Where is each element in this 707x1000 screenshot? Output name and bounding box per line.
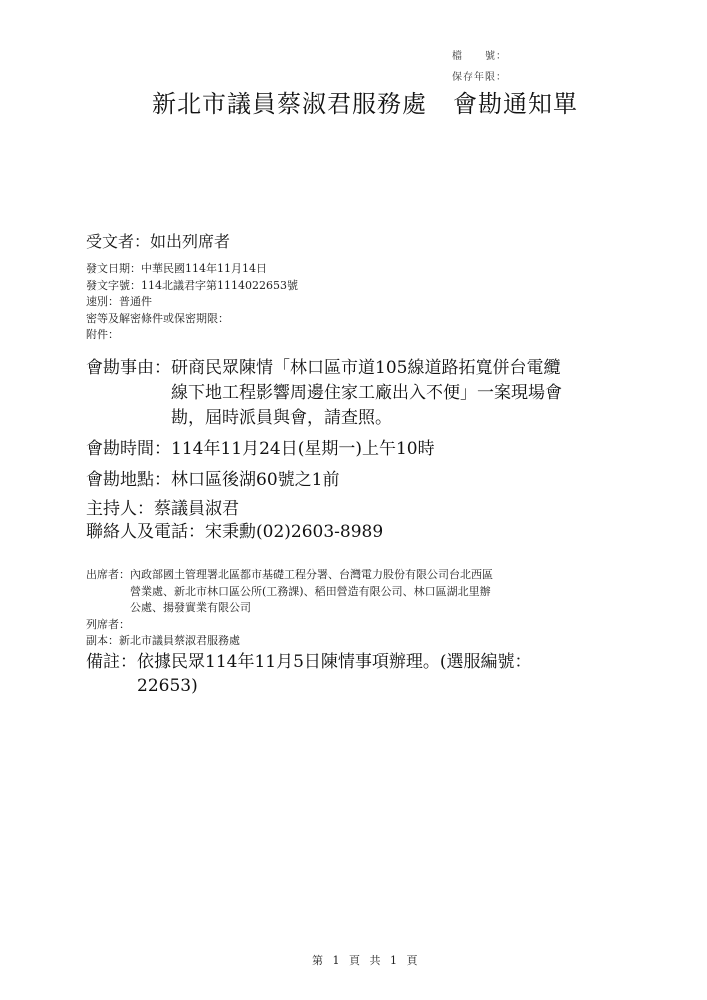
host-value: 蔡議員淑君 xyxy=(154,499,239,519)
title-doc-type: 會勘通知單 xyxy=(453,90,578,118)
remarks-line: 22653) xyxy=(137,674,532,698)
remarks-label: 備註： xyxy=(86,650,137,698)
issue-info: 發文日期：中華民國114年11月14日 發文字號：114北議君字第1114022… xyxy=(86,261,298,344)
recipient: 受文者：如出列席者 xyxy=(86,229,230,252)
security-level-label: 密等及解密條件或保密期限： xyxy=(86,312,229,325)
recipient-value: 如出列席者 xyxy=(150,232,230,251)
recipient-label: 受文者： xyxy=(86,232,150,251)
attendees: 出席者： 內政部國土管理署北區都市基礎工程分署、台灣電力股份有限公司台北西區 營… xyxy=(86,567,493,650)
attendees-label: 出席者： xyxy=(86,567,130,617)
contact-label: 聯絡人及電話： xyxy=(86,522,205,542)
speed-class-value: 普通件 xyxy=(119,295,152,308)
attendees-line: 營業處、新北市林口區公所(工務課)、稻田營造有限公司、林口區湖北里辦 xyxy=(130,584,493,601)
title-office: 新北市議員蔡淑君服務處 xyxy=(152,90,427,118)
inspection-time-label: 會勘時間： xyxy=(86,439,171,459)
contact: 聯絡人及電話：宋秉勳(02)2603-8989 xyxy=(86,517,383,542)
remarks-line: 依據民眾114年11月5日陳情事項辦理。(選服編號： xyxy=(137,650,532,674)
attachments: 附件： xyxy=(86,327,298,344)
copy-to-label: 副本： xyxy=(86,634,119,647)
document-title: 新北市議員蔡淑君服務處會勘通知單 xyxy=(152,84,578,119)
attachments-label: 附件： xyxy=(86,328,119,341)
file-number-label: 檔 號： xyxy=(452,47,507,62)
issue-number-value: 114北議君字第1114022653號 xyxy=(141,279,298,292)
inspection-time-value: 114年11月24日(星期一)上午10時 xyxy=(171,439,435,459)
copy-to: 副本：新北市議員蔡淑君服務處 xyxy=(86,633,493,650)
remarks: 備註： 依據民眾114年11月5日陳情事項辦理。(選服編號： 22653) xyxy=(86,650,532,698)
observers: 列席者： xyxy=(86,617,493,634)
issue-number-label: 發文字號： xyxy=(86,279,141,292)
issue-date-value: 中華民國114年11月14日 xyxy=(141,262,267,275)
inspection-place-label: 會勘地點： xyxy=(86,470,171,490)
observers-label: 列席者： xyxy=(86,618,130,631)
inspection-place: 會勘地點：林口區後湖60號之1前 xyxy=(86,465,339,490)
page-number: 第 1 頁 共 1 頁 xyxy=(312,952,420,968)
host: 主持人：蔡議員淑君 xyxy=(86,494,239,519)
inspection-matter-line: 勘，屆時派員與會，請查照。 xyxy=(171,406,562,431)
attendees-line: 公處、揚發實業有限公司 xyxy=(130,600,493,617)
inspection-place-value: 林口區後湖60號之1前 xyxy=(171,470,339,490)
host-label: 主持人： xyxy=(86,499,154,519)
inspection-matter: 會勘事由： 研商民眾陳情「林口區市道105線道路拓寬併台電纜 線下地工程影響周邊… xyxy=(86,356,562,431)
speed-class: 速別：普通件 xyxy=(86,294,298,311)
issue-date: 發文日期：中華民國114年11月14日 xyxy=(86,261,298,278)
inspection-time: 會勘時間：114年11月24日(星期一)上午10時 xyxy=(86,434,435,459)
speed-class-label: 速別： xyxy=(86,295,119,308)
inspection-matter-label: 會勘事由： xyxy=(86,356,171,431)
attendees-line: 內政部國土管理署北區都市基礎工程分署、台灣電力股份有限公司台北西區 xyxy=(130,567,493,584)
issue-date-label: 發文日期： xyxy=(86,262,141,275)
retention-period-label: 保存年限： xyxy=(452,68,507,83)
inspection-matter-line: 研商民眾陳情「林口區市道105線道路拓寬併台電纜 xyxy=(171,356,562,381)
contact-value: 宋秉勳(02)2603-8989 xyxy=(205,522,383,542)
copy-to-value: 新北市議員蔡淑君服務處 xyxy=(119,634,240,647)
inspection-matter-line: 線下地工程影響周邊住家工廠出入不便」一案現場會 xyxy=(171,381,562,406)
issue-number: 發文字號：114北議君字第1114022653號 xyxy=(86,278,298,295)
security-level: 密等及解密條件或保密期限： xyxy=(86,311,298,328)
